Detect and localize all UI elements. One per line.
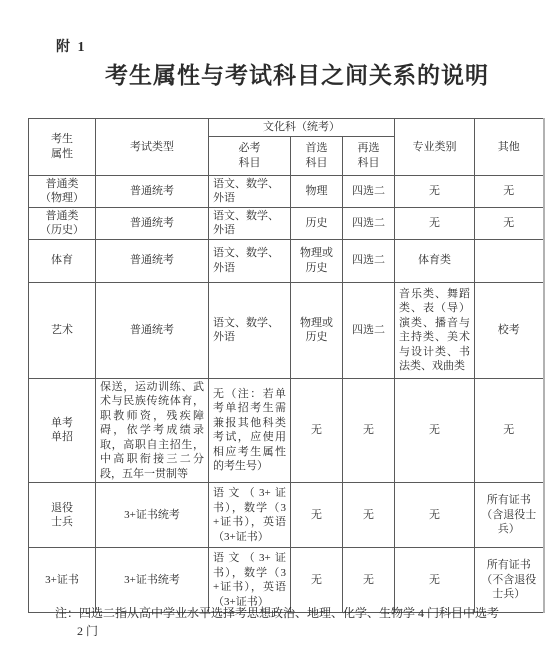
header-row-top: 考生 属性 考试类型 文化科（统考） 专业类别 其他: [29, 119, 544, 137]
cell-first-choice: 无: [291, 378, 343, 483]
cell-other: 无: [475, 207, 544, 239]
cell-exam-type: 3+证书统考: [96, 548, 209, 613]
cell-reselect: 四选二: [343, 175, 395, 207]
col-header-required-subjects: 必考 科目: [209, 136, 291, 175]
cell-exam-type: 普通统考: [96, 239, 209, 282]
cell-first-choice: 无: [291, 483, 343, 548]
cell-other: 所有证书（不含退役士兵）: [475, 548, 544, 613]
cell-other: 校考: [475, 282, 544, 378]
cell-required: 语文、数学、 外语: [209, 207, 291, 239]
document-page: 附 1 考生属性与考试科目之间关系的说明 考生 属性 考试类型 文化科（统考） …: [0, 0, 552, 655]
cell-first-choice: 物理或 历史: [291, 282, 343, 378]
cell-attr: 艺术: [29, 282, 96, 378]
cell-reselect: 无: [343, 378, 395, 483]
cell-required: 语文、数学、 外语: [209, 239, 291, 282]
cell-major: 无: [395, 207, 475, 239]
cell-major: 音乐类、舞蹈类、表（导）演类、播音与主持类、美术与设计类、书法类、戏曲类: [395, 282, 475, 378]
cell-required: 语文（3+证书），数学（3+证书），英语（3+证书）: [209, 483, 291, 548]
cell-major: 无: [395, 483, 475, 548]
cell-first-choice: 无: [291, 548, 343, 613]
cell-attr: 退役 士兵: [29, 483, 96, 548]
col-header-reselect-subjects: 再选 科目: [343, 136, 395, 175]
page-title: 考生属性与考试科目之间关系的说明: [0, 57, 552, 90]
cell-attr: 普通类 （物理）: [29, 175, 96, 207]
cell-exam-type: 普通统考: [96, 175, 209, 207]
footnote-line1: 注：四选二指从高中学业水平选择考思想政治、地理、化学、生物学 4 门科目中选考: [55, 604, 525, 622]
col-header-other: 其他: [475, 119, 544, 176]
cell-exam-type: 保送，运动训练、武术与民族传统体育，职教师资，残疾障碍，依学考成绩录取，高职自主…: [96, 378, 209, 483]
cell-first-choice: 物理或 历史: [291, 239, 343, 282]
table-row-sports: 体育 普通统考 语文、数学、 外语 物理或 历史 四选二 体育类: [29, 239, 544, 282]
col-header-exam-type: 考试类型: [96, 119, 209, 176]
footnote-line2: 2 门: [55, 622, 525, 640]
cell-major: 无: [395, 548, 475, 613]
cell-attr: 3+证书: [29, 548, 96, 613]
cell-major: 无: [395, 175, 475, 207]
cell-other: 所有证书（含退役士兵）: [475, 483, 544, 548]
table-row-arts: 艺术 普通统考 语文、数学、 外语 物理或 历史 四选二 音乐类、舞蹈类、表（导…: [29, 282, 544, 378]
cell-required: 无（注：若单考单招考生需兼报其他科类考试，应使用相应考生属性的考生号）: [209, 378, 291, 483]
cell-reselect: 四选二: [343, 239, 395, 282]
cell-exam-type: 普通统考: [96, 282, 209, 378]
cell-exam-type: 3+证书统考: [96, 483, 209, 548]
cell-major: 无: [395, 378, 475, 483]
cell-reselect: 无: [343, 483, 395, 548]
cell-required: 语文、数学、 外语: [209, 282, 291, 378]
cell-reselect: 四选二: [343, 282, 395, 378]
table-row-single-exam-enrollment: 单考 单招 保送，运动训练、武术与民族传统体育，职教师资，残疾障碍，依学考成绩录…: [29, 378, 544, 483]
attachment-label: 附 1: [56, 36, 87, 56]
col-header-first-choice-subjects: 首选 科目: [291, 136, 343, 175]
cell-exam-type: 普通统考: [96, 207, 209, 239]
cell-reselect: 四选二: [343, 207, 395, 239]
cell-attr: 普通类 （历史）: [29, 207, 96, 239]
cell-reselect: 无: [343, 548, 395, 613]
cell-first-choice: 物理: [291, 175, 343, 207]
col-header-major-category: 专业类别: [395, 119, 475, 176]
cell-required: 语文、数学、 外语: [209, 175, 291, 207]
cell-attr: 体育: [29, 239, 96, 282]
cell-required: 语文（3+证书），数学（3+证书），英语（3+证书）: [209, 548, 291, 613]
table-row-3-plus-certificate: 3+证书 3+证书统考 语文（3+证书），数学（3+证书），英语（3+证书） 无…: [29, 548, 544, 613]
cell-other: 无: [475, 378, 544, 483]
col-header-culture-group: 文化科（统考）: [209, 119, 395, 137]
candidate-subject-relation-table: 考生 属性 考试类型 文化科（统考） 专业类别 其他 必考 科目 首选 科目 再…: [28, 118, 545, 613]
cell-first-choice: 历史: [291, 207, 343, 239]
cell-other: [475, 239, 544, 282]
footnote: 注：四选二指从高中学业水平选择考思想政治、地理、化学、生物学 4 门科目中选考 …: [55, 604, 525, 640]
table-row-general-physics: 普通类 （物理） 普通统考 语文、数学、 外语 物理 四选二 无 无: [29, 175, 544, 207]
cell-attr: 单考 单招: [29, 378, 96, 483]
table-row-general-history: 普通类 （历史） 普通统考 语文、数学、 外语 历史 四选二 无 无: [29, 207, 544, 239]
cell-other: 无: [475, 175, 544, 207]
table-row-veteran-soldier: 退役 士兵 3+证书统考 语文（3+证书），数学（3+证书），英语（3+证书） …: [29, 483, 544, 548]
col-header-candidate-attribute: 考生 属性: [29, 119, 96, 176]
cell-major: 体育类: [395, 239, 475, 282]
